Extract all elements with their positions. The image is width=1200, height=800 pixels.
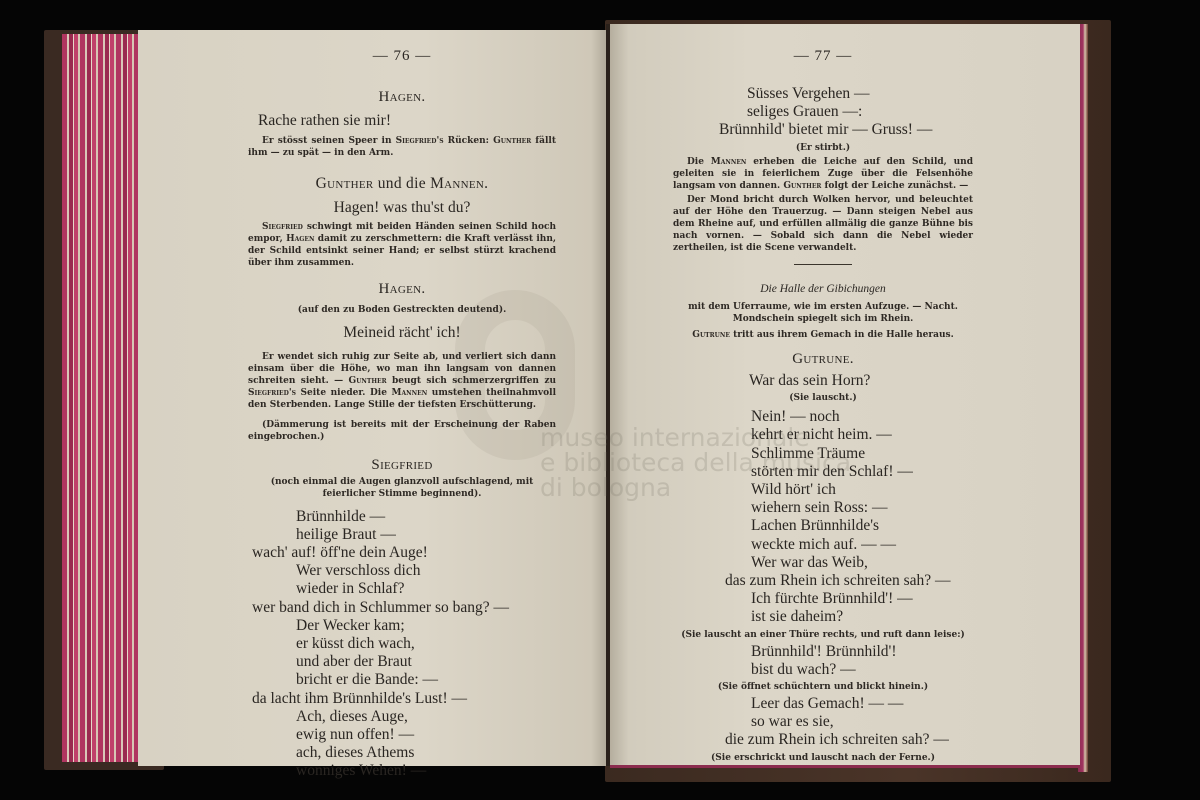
verse-line: Wild hört' ich (673, 481, 973, 499)
verse-line: heilige Braut — (248, 526, 556, 544)
sung-line: Hagen! was thu'st du? (248, 199, 556, 218)
verse-line: störten mir den Schlaf! — (673, 463, 973, 481)
scene-divider (794, 264, 852, 265)
stage-direction: Die Mannen erheben die Leiche auf den Sc… (673, 156, 973, 192)
verse-line: die zum Rhein ich schreiten sah? — (673, 731, 973, 749)
stage-direction: (Dämmerung ist bereits mit der Erscheinu… (248, 419, 556, 443)
verse-line: wieder in Schlaf? (248, 580, 556, 598)
stage-direction: (Sie lauscht.) (673, 392, 973, 404)
verse-line: und aber der Braut (248, 653, 556, 671)
verse-line: er küsst dich wach, (248, 635, 556, 653)
speaker-heading: Hagen. (248, 281, 556, 298)
book-gutter (606, 24, 610, 766)
verse-block: Nein! — noch kehrt er nicht heim. — Schl… (673, 408, 973, 626)
speaker-heading: Siegfried (248, 457, 556, 474)
stage-direction: Gutrune tritt aus ihrem Gemach in die Ha… (673, 329, 973, 341)
sung-line: War das sein Horn? (673, 372, 973, 391)
left-page-content: — 76 — Hagen. Rache rathen sie mir! Er s… (248, 48, 556, 783)
stage-direction: (Sie erschrickt und lauscht nach der Fer… (673, 752, 973, 764)
verse-block: Brünnhild'! Brünnhild'! bist du wach? — (673, 643, 973, 679)
verse-line: weckte mich auf. — — (673, 536, 973, 554)
verse-block: Süsses Vergehen — seliges Grauen —: Brün… (673, 85, 973, 140)
stage-direction: (Er stirbt.) (673, 142, 973, 154)
verse-block: Leer das Gemach! — — so war es sie, die … (673, 695, 973, 750)
stage-direction: Er stösst seinen Speer in Siegfried's Rü… (248, 135, 556, 159)
speaker-heading: Hagen. (248, 89, 556, 106)
verse-line: Der Wecker kam; (248, 617, 556, 635)
verse-line: ist sie daheim? (673, 608, 973, 626)
verse-line: Wer verschloss dich (248, 562, 556, 580)
verse-line: da lacht ihm Brünnhilde's Lust! — (248, 690, 556, 708)
verse-line: ach, dieses Athems (248, 744, 556, 762)
scene-title: Die Halle der Gibichungen (673, 283, 973, 295)
verse-line: wiehern sein Ross: — (673, 499, 973, 517)
verse-line: seliges Grauen —: (673, 103, 973, 121)
verse-line: das zum Rhein ich schreiten sah? — (673, 572, 973, 590)
verse-line: Brünnhild' bietet mir — Gruss! — (673, 121, 973, 139)
stage-direction: (noch einmal die Augen glanzvoll aufschl… (248, 476, 556, 500)
page-number: — 76 — (248, 48, 556, 65)
stage-direction: Der Mond bricht durch Wolken hervor, und… (673, 194, 973, 254)
sung-line: Rache rathen sie mir! (258, 112, 556, 131)
verse-block: Brünnhilde — heilige Braut — wach' auf! … (248, 508, 556, 781)
speaker-heading: Gunther und die Mannen. (248, 175, 556, 193)
stage-direction: Er wendet sich ruhig zur Seite ab, und v… (248, 351, 556, 411)
verse-line: Schlimme Träume (673, 445, 973, 463)
verse-line: bist du wach? — (673, 661, 973, 679)
verse-line: wer band dich in Schlummer so bang? — (248, 599, 556, 617)
verse-line: wonniges Wehen! — (248, 762, 556, 780)
stage-direction: (Sie öffnet schüchtern und blickt hinein… (673, 681, 973, 693)
stage-direction: mit dem Uferraume, wie im ersten Aufzuge… (673, 301, 973, 325)
speaker-heading: Gutrune. (673, 351, 973, 368)
verse-line: Brünnhild'! Brünnhild'! (673, 643, 973, 661)
verse-line: bricht er die Bande: — (248, 671, 556, 689)
verse-line: Ach, dieses Auge, (248, 708, 556, 726)
stage-direction: (Sie lauscht an einer Thüre rechts, und … (673, 629, 973, 641)
verse-line: Leer das Gemach! — — (673, 695, 973, 713)
verse-line: Wer war das Weib, (673, 554, 973, 572)
page-number: — 77 — (673, 48, 973, 65)
verse-line: ewig nun offen! — (248, 726, 556, 744)
page-stack-edges (62, 34, 140, 762)
verse-line: Lachen Brünnhilde's (673, 517, 973, 535)
stage-direction: Siegfried schwingt mit beiden Händen sei… (248, 221, 556, 269)
verse-line: kehrt er nicht heim. — (673, 426, 973, 444)
verse-line: so war es sie, (673, 713, 973, 731)
verse-line: Süsses Vergehen — (673, 85, 973, 103)
verse-line: Brünnhilde — (248, 508, 556, 526)
right-page-content: — 77 — Süsses Vergehen — seliges Grauen … (673, 48, 973, 766)
verse-line: wach' auf! öff'ne dein Auge! (248, 544, 556, 562)
verse-line: Ich fürchte Brünnhild'! — (673, 590, 973, 608)
verse-line: Nein! — noch (673, 408, 973, 426)
sung-line: Meineid rächt' ich! (248, 324, 556, 343)
stage-direction: (auf den zu Boden Gestreckten deutend). (248, 304, 556, 316)
